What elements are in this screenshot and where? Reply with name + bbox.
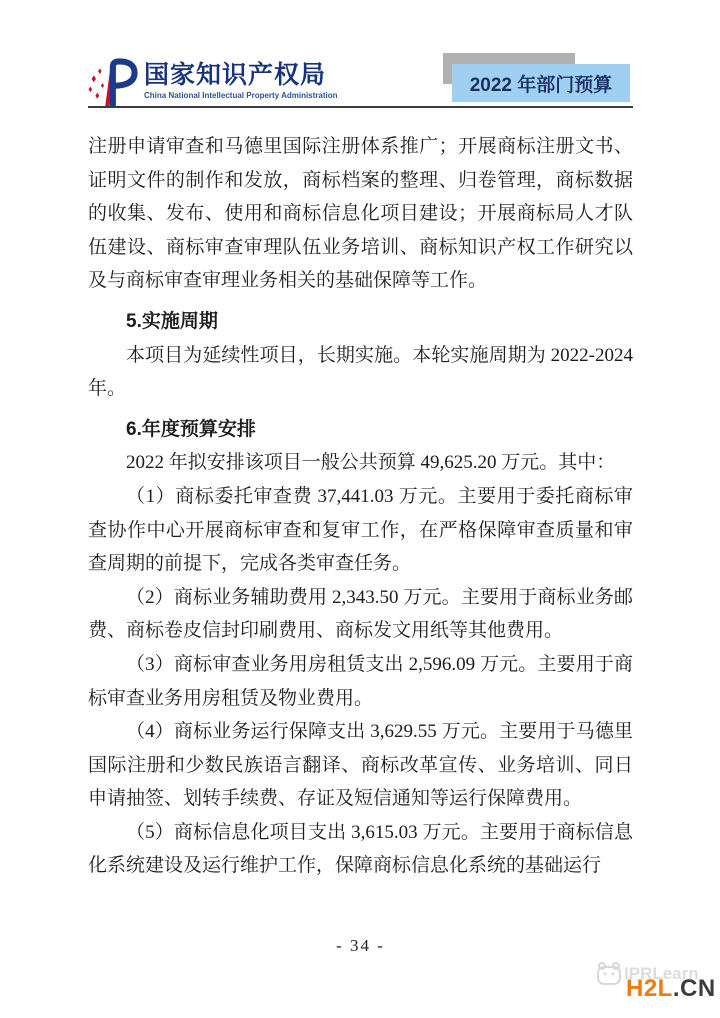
header-divider	[88, 106, 633, 108]
body-paragraph: 2022 年拟安排该项目一般公共预算 49,625.20 万元。其中：	[88, 446, 633, 480]
body-paragraph: 本项目为延续性项目，长期实施。本轮实施周期为 2022-2024 年。	[88, 339, 633, 406]
budget-item-1: （1）商标委托审查费 37,441.03 万元。主要用于委托商标审查协作中心开展…	[88, 480, 633, 581]
budget-item-4: （4）商标业务运行保障支出 3,629.55 万元。主要用于马德里国际注册和少数…	[88, 715, 633, 816]
budget-year-badge: 2022 年部门预算	[452, 64, 630, 102]
budget-item-5: （5）商标信息化项目支出 3,615.03 万元。主要用于商标信息化系统建设及运…	[88, 816, 633, 883]
document-header: 国家知识产权局 China National Intellectual Prop…	[0, 0, 720, 120]
watermark-site-secondary: .CN	[673, 975, 716, 1002]
watermark-site-primary: H2L	[626, 975, 673, 1002]
budget-year-label: 2022 年部门预算	[470, 70, 613, 97]
org-name-english: China National Intellectual Property Adm…	[144, 91, 338, 101]
org-name-chinese: 国家知识产权局	[144, 61, 338, 89]
section-heading-implementation-period: 5.实施周期	[88, 305, 633, 339]
document-page: 国家知识产权局 China National Intellectual Prop…	[0, 0, 720, 1018]
budget-item-2: （2）商标业务辅助费用 2,343.50 万元。主要用于商标业务邮费、商标卷皮信…	[88, 581, 633, 648]
section-heading-annual-budget: 6.年度预算安排	[88, 413, 633, 447]
page-number: - 34 -	[88, 936, 633, 956]
cnipa-logo-icon	[86, 58, 138, 110]
watermark-site-bold: H2L.CN	[626, 975, 716, 1003]
cnipa-logo-group: 国家知识产权局 China National Intellectual Prop…	[86, 58, 338, 110]
body-paragraph: 注册申请审查和马德里国际注册体系推广；开展商标注册文书、证明文件的制作和发放，商…	[88, 130, 633, 298]
watermark-logo-icon	[596, 962, 622, 986]
document-body: 注册申请审查和马德里国际注册体系推广；开展商标注册文书、证明文件的制作和发放，商…	[88, 130, 633, 883]
org-names: 国家知识产权局 China National Intellectual Prop…	[144, 61, 338, 101]
budget-item-3: （3）商标审查业务用房租赁支出 2,596.09 万元。主要用于商标审查业务用房…	[88, 648, 633, 715]
watermark: IPRLearn H2L.CN	[596, 958, 720, 1018]
